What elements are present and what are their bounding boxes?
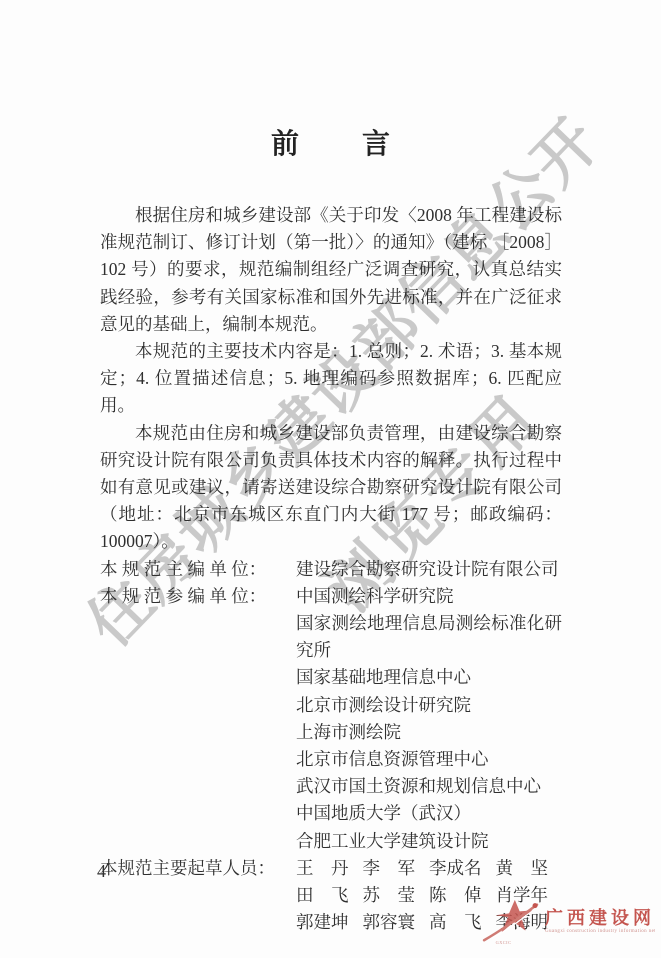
drafter-name: 李成名 — [429, 855, 496, 882]
body-paragraphs: 根据住房和城乡建设部《关于印发〈2008 年工程建设标准规范制订、修订计划（第一… — [100, 202, 562, 556]
star-swoosh-icon: GXCIC — [482, 896, 540, 946]
page-content: 前言 根据住房和城乡建设部《关于印发〈2008 年工程建设标准规范制订、修订计划… — [100, 128, 562, 936]
logo-text-column: 广西建设网 Guangxi construction industry info… — [545, 908, 655, 935]
editor-unit-item: 中国测绘科学研究院 — [296, 583, 562, 610]
paragraph-1: 根据住房和城乡建设部《关于印发〈2008 年工程建设标准规范制订、修订计划（第一… — [100, 202, 562, 338]
editor-section-1: 本 规 范 主 编 单 位：建设综合勘察研究设计院有限公司 — [100, 556, 562, 583]
paragraph-3: 本规范由住房和城乡建设部负责管理，由建设综合勘察研究设计院有限公司负责具体技术内… — [100, 420, 562, 556]
page-number: 4 — [97, 858, 106, 885]
drafter-name: 李 军 — [363, 855, 430, 882]
drafter-name: 田 飞 — [296, 882, 363, 909]
drafter-name: 郭容寰 — [363, 909, 430, 936]
svg-text:GXCIC: GXCIC — [496, 940, 512, 945]
editor-sections: 本 规 范 主 编 单 位：建设综合勘察研究设计院有限公司本 规 范 参 编 单… — [100, 556, 562, 855]
editor-unit-item: 合肥工业大学建筑设计院 — [296, 828, 562, 855]
editor-unit-item: 北京市信息资源管理中心 — [296, 746, 562, 773]
editor-section-items: 中国测绘科学研究院国家测绘地理信息局测绘标准化研究所国家基础地理信息中心北京市测… — [296, 583, 562, 855]
page-title: 前言 — [100, 128, 562, 162]
drafters-label: 本规范主要起草人员： — [100, 855, 296, 937]
logo-name: 广西建设网 — [545, 908, 655, 928]
editor-unit-item: 北京市测绘设计研究院 — [296, 692, 562, 719]
editor-unit-item: 武汉市国土资源和规划信息中心 — [296, 773, 562, 800]
drafter-name: 黄 坚 — [496, 855, 563, 882]
drafter-name: 王 丹 — [296, 855, 363, 882]
logo-tagline: Guangxi construction industry informatio… — [545, 928, 655, 935]
title-char-2: 言 — [362, 129, 391, 160]
site-logo[interactable]: GXCIC 广西建设网 Guangxi construction industr… — [482, 896, 655, 946]
editor-unit-item: 国家测绘地理信息局测绘标准化研究所 — [296, 610, 562, 664]
editor-unit-item: 上海市测绘院 — [296, 719, 562, 746]
title-char-1: 前 — [271, 129, 300, 160]
paragraph-2: 本规范的主要技术内容是：1. 总则；2. 术语；3. 基本规定；4. 位置描述信… — [100, 338, 562, 420]
editor-section-label: 本 规 范 参 编 单 位： — [100, 583, 296, 855]
editor-unit-item: 中国地质大学（武汉） — [296, 800, 562, 827]
editor-section-2: 本 规 范 参 编 单 位：中国测绘科学研究院国家测绘地理信息局测绘标准化研究所… — [100, 583, 562, 855]
drafter-name: 郭建坤 — [296, 909, 363, 936]
editor-unit-item: 国家基础地理信息中心 — [296, 664, 562, 691]
document-page: 住房城乡建设部信息公开 浏览专用 前言 根据住房和城乡建设部《关于印发〈2008… — [0, 0, 661, 958]
editor-section-items: 建设综合勘察研究设计院有限公司 — [296, 556, 562, 583]
editor-unit-item: 建设综合勘察研究设计院有限公司 — [296, 556, 562, 583]
drafter-name: 苏 莹 — [363, 882, 430, 909]
editor-section-label: 本 规 范 主 编 单 位： — [100, 556, 296, 583]
